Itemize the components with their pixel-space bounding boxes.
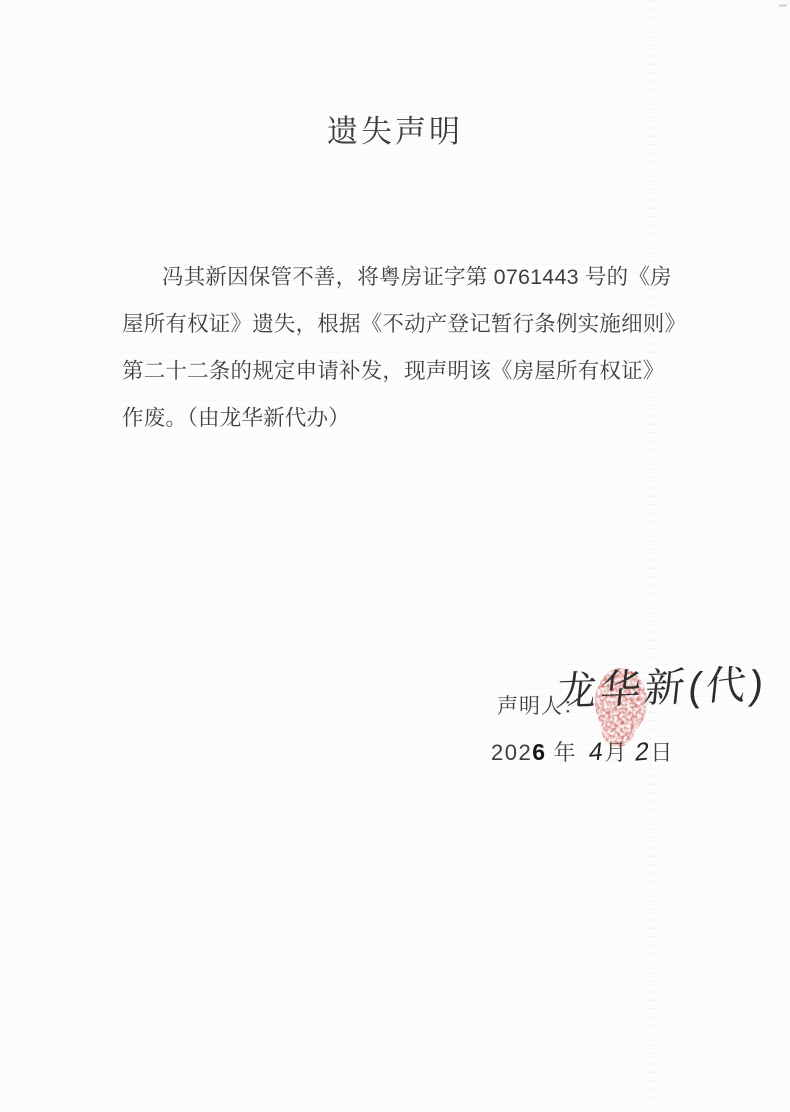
declaration-body: 冯其新因保管不善，将粤房证字第 0761443 号的《房 屋所有权证》遗失，根据… xyxy=(122,254,702,442)
scan-edge-line xyxy=(650,0,651,1112)
body-line: 作废。（由龙华新代办） xyxy=(122,395,702,442)
date-year-unit: 年 xyxy=(554,740,578,765)
date-year-printed: 202 xyxy=(491,740,532,765)
date-month-unit: 月 xyxy=(604,740,628,765)
body-line: 屋所有权证》遗失，根据《不动产登记暂行条例实施细则》 xyxy=(122,301,702,348)
body-line: 冯其新因保管不善，将粤房证字第 0761443 号的《房 xyxy=(122,254,702,301)
date-year-digit-handwritten: 6 xyxy=(532,739,546,766)
scan-corner-mark xyxy=(779,4,787,7)
document-page: 遗失声明 冯其新因保管不善，将粤房证字第 0761443 号的《房 屋所有权证》… xyxy=(0,0,790,1112)
handwritten-signature: 龙华新(代) xyxy=(554,653,771,718)
scan-texture xyxy=(0,0,790,1112)
date-day-unit: 日 xyxy=(650,740,674,765)
date-line: 2026年4月2日 xyxy=(491,736,674,767)
document-title: 遗失声明 xyxy=(0,106,790,151)
body-line: 第二十二条的规定申请补发，现声明该《房屋所有权证》 xyxy=(122,348,702,395)
